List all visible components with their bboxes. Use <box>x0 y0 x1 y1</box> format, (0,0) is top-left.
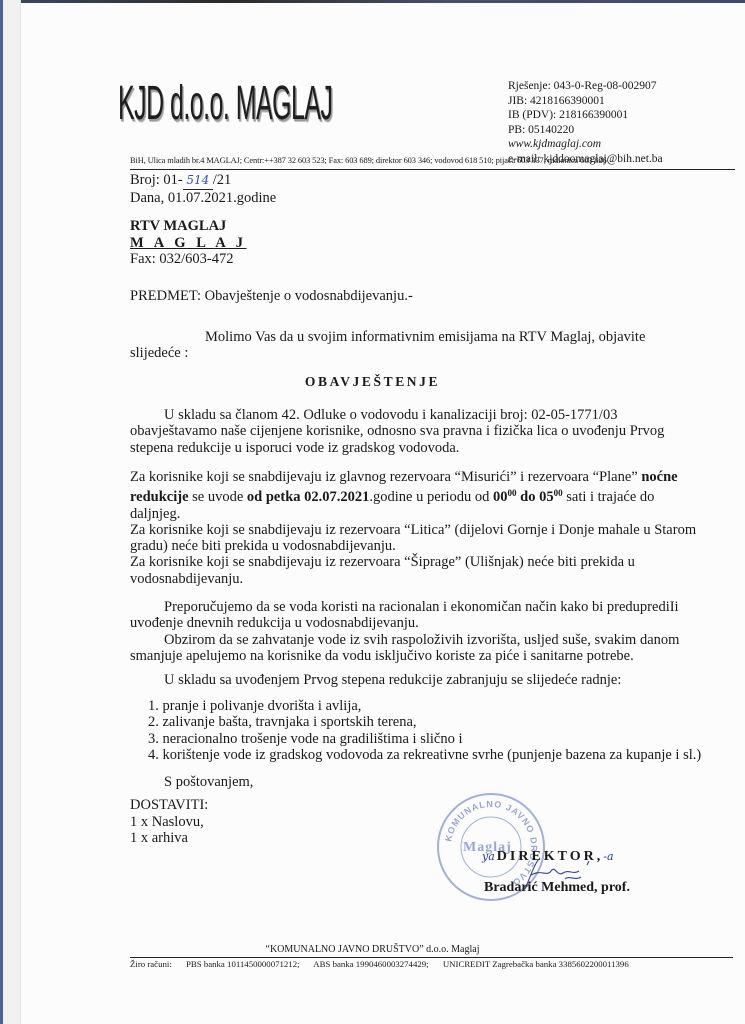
document-number: Broj: 01-514/21 <box>130 172 276 190</box>
recipient-name: RTV MAGLAJ <box>130 218 247 235</box>
paragraph-line: U skladu sa uvođenjem Prvog stepena redu… <box>164 672 621 688</box>
signer-name: Bradarić Mehmed, prof. <box>484 880 630 896</box>
paragraph-line: Preporučujemo da se voda koristi na raci… <box>164 599 679 615</box>
list-item: 1. pranje i polivanje dvorišta i avlija, <box>148 698 701 714</box>
footer-company: “KOMUNALNO JAVNO DRUŠTVO” d.o.o. Maglaj <box>0 944 745 955</box>
footer-divider <box>130 957 733 958</box>
time-from: 0000 <box>493 489 517 505</box>
scan-margin-left <box>3 0 21 1024</box>
paragraph-line: stepena redukcije u isporuci vode iz gra… <box>130 440 664 456</box>
paragraph-line: Obzirom da se zahvatanje vode iz svih ra… <box>164 632 679 648</box>
recipient-fax: Fax: 032/603-472 <box>130 251 247 268</box>
paragraph-line: Za korisnike koji se snabdijevaju iz rez… <box>130 554 696 570</box>
paragraph-line: vodosnabdijevanju. <box>130 571 696 587</box>
paragraph-line: uvođenje dnevnih redukcija u vodosnabdij… <box>130 615 679 631</box>
pb-number: PB: 05140220 <box>508 123 663 138</box>
list-item: 3. neracionalno trošenje vode na gradili… <box>148 731 701 747</box>
notice-title: OBAVJEŠTENJE <box>0 374 745 390</box>
list-item: 4. korištenje vode iz gradskog vodovoda … <box>148 747 701 763</box>
delivery-item: 1 x arhiva <box>130 830 208 847</box>
paragraph-line: gradu) neće biti prekida u vodosnabdijev… <box>130 538 696 554</box>
delivery-label: DOSTAVITI: <box>130 797 208 814</box>
paragraph-recommendation: Preporučujemo da se voda koristi na raci… <box>130 599 679 664</box>
paragraph-line: daljnjeg. <box>130 506 696 522</box>
document-date: Dana, 01.07.2021.godine <box>130 190 276 207</box>
bank-account: ABS banka 1990460003274429; <box>313 959 428 969</box>
paragraph-line: obavještavamo naše cijenjene korisnike, … <box>130 423 664 439</box>
letterhead-divider <box>130 169 735 170</box>
address-line: BiH, Ulica mladih br.4 MAGLAJ; Centr:++3… <box>130 156 607 165</box>
time-to: 0500 <box>539 489 563 505</box>
emphasis-reductions: redukcije <box>130 489 189 505</box>
delivery-list: DOSTAVITI: 1 x Naslovu, 1 x arhiva <box>130 797 208 847</box>
bank-account: UNICREDIT Zagrebačka banka 3385602200011… <box>443 959 629 969</box>
intro-line-1: Molimo Vas da u svojim informativnim emi… <box>205 329 645 346</box>
recipient-block: RTV MAGLAJ M A G L A J Fax: 032/603-472 <box>130 218 247 268</box>
paragraph-regulation: U skladu sa članom 42. Odluke o vodovodu… <box>130 407 664 456</box>
paragraph-line: Za korisnike koji se snabdijevaju iz rez… <box>130 522 696 538</box>
bank-account: PBS banka 1011450000071212; <box>186 959 300 969</box>
emphasis-start-date: od petka 02.07.2021 <box>247 489 369 505</box>
paragraph-line: smanjuje apelujemo na korisnike da vodu … <box>130 648 679 664</box>
document-meta: Broj: 01-514/21 Dana, 01.07.2021.godine <box>130 172 276 207</box>
closing-regards: S poštovanjem, <box>164 774 253 791</box>
prohibited-actions-list: 1. pranje i polivanje dvorišta i avlija,… <box>148 698 701 763</box>
recipient-city: M A G L A J <box>130 235 247 252</box>
subject-line: PREDMET: Obavještenje o vodosnabdijevanj… <box>130 288 413 305</box>
paragraph-line: U skladu sa članom 42. Odluke o vodovodu… <box>164 407 617 423</box>
jib-number: JIB: 4218166390001 <box>508 94 663 109</box>
paragraph-prohibitions: U skladu sa uvođenjem Prvog stepena redu… <box>130 672 621 688</box>
handwritten-prefix: ya <box>482 850 495 863</box>
document-number-prefix: Broj: 01- <box>130 172 183 188</box>
company-logo: KJD d.o.o. MAGLAJ <box>118 80 333 128</box>
vat-number: IB (PDV): 218166390001 <box>508 108 663 123</box>
document-number-suffix: /21 <box>213 172 232 188</box>
footer-bank-accounts: Žiro računi: PBS banka 1011450000071212;… <box>130 959 641 969</box>
website-link[interactable]: www.kjdmaglaj.com <box>508 137 663 152</box>
paragraph-line: Za korisnike koji se snabdijevaju iz gla… <box>130 469 696 485</box>
registration-number: Rješenje: 043-0-Reg-08-002907 <box>508 79 663 94</box>
list-item: 2. zalivanje bašta, travnjaka i sportski… <box>148 714 701 730</box>
paragraph-line: redukcije se uvode od petka 02.07.2021.g… <box>130 485 696 505</box>
bank-label: Žiro računi: <box>130 959 172 969</box>
delivery-item: 1 x Naslovu, <box>130 814 208 831</box>
emphasis-night: noćne <box>641 469 677 485</box>
registration-info: Rješenje: 043-0-Reg-08-002907 JIB: 42181… <box>508 79 663 167</box>
intro-line-2: slijedeće : <box>130 345 188 362</box>
document-number-handwritten: 514 <box>183 172 213 190</box>
paragraph-reductions: Za korisnike koji se snabdijevaju iz gla… <box>130 469 696 587</box>
